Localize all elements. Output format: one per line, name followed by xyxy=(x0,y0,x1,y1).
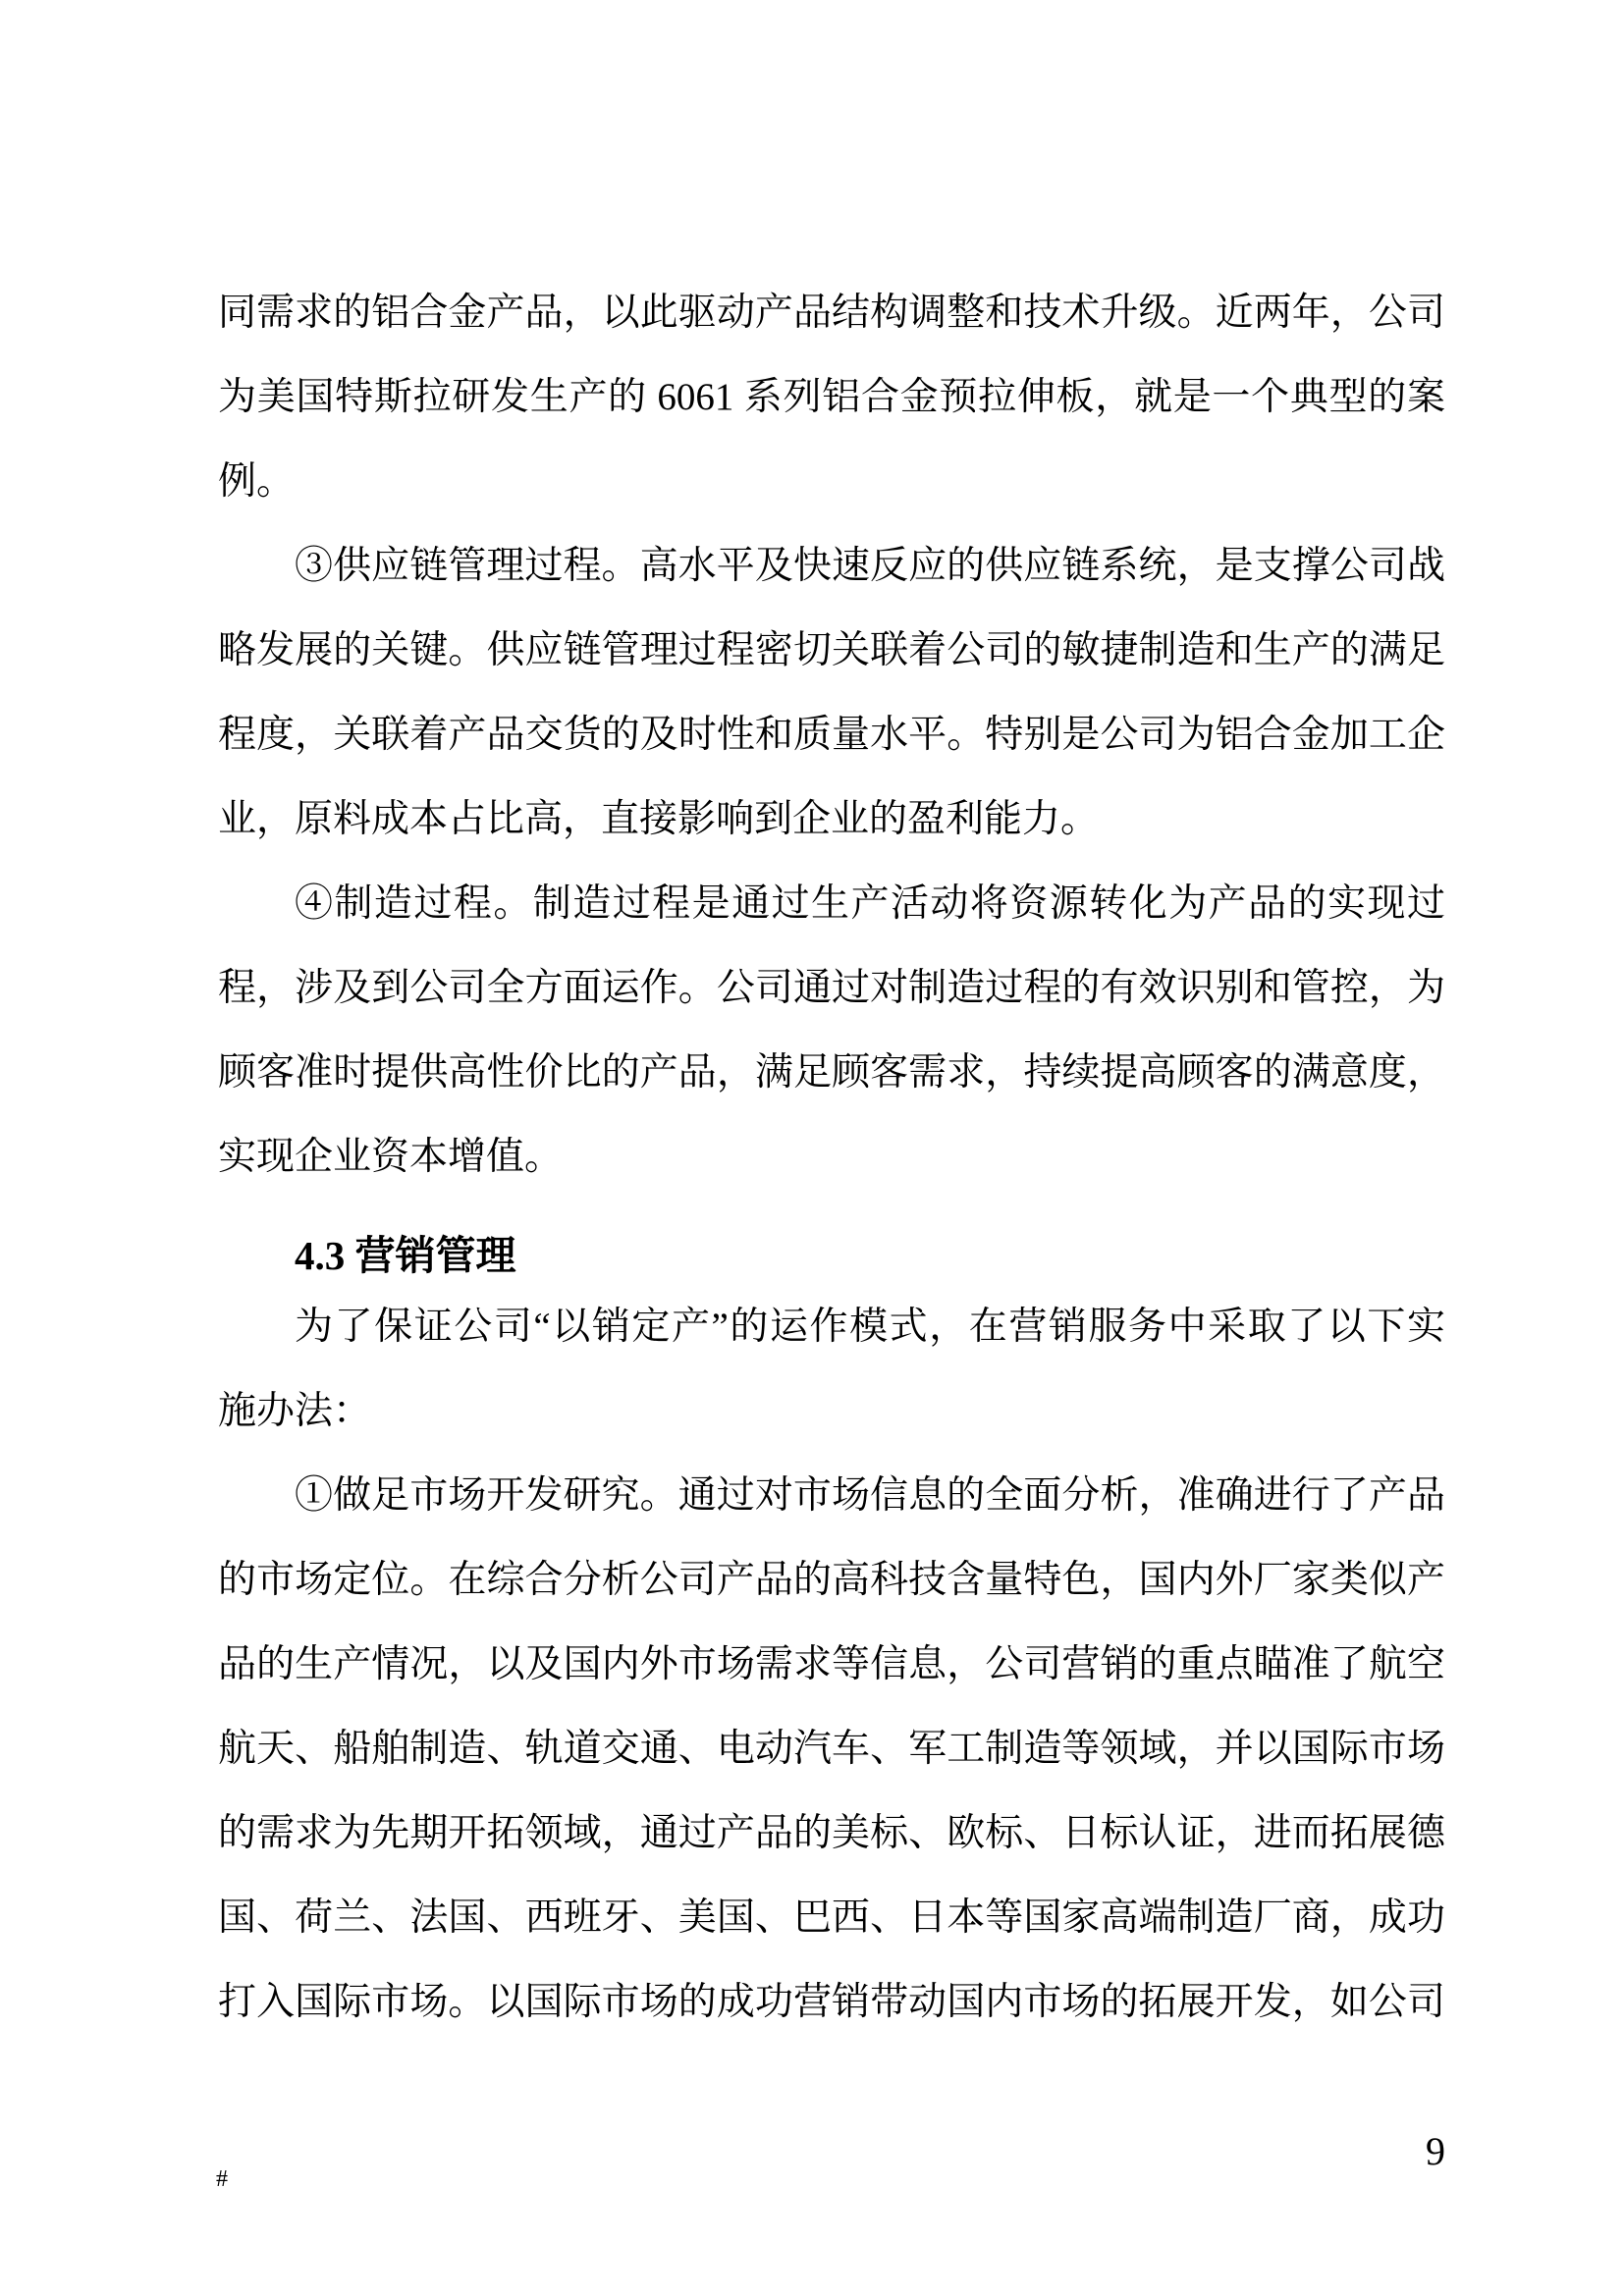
text-line: 程，涉及到公司全方面运作。公司通过对制造过程的有效识别和管控，为 xyxy=(218,946,1445,1031)
text-line: 国、荷兰、法国、西班牙、美国、巴西、日本等国家高端制造厂商，成功 xyxy=(218,1876,1445,1960)
text-line: 程度，关联着产品交货的及时性和质量水平。特别是公司为铝合金加工企 xyxy=(218,693,1445,777)
text-line: 实现企业资本增值。 xyxy=(218,1115,1445,1200)
text-line: 例。 xyxy=(218,440,1445,524)
page-number: 9 xyxy=(1426,2128,1445,2175)
text-line: 为了保证公司“以销定产”的运作模式，在营销服务中采取了以下实 xyxy=(218,1285,1445,1369)
text-line: 的需求为先期开拓领域，通过产品的美标、欧标、日标认证，进而拓展德 xyxy=(218,1791,1445,1876)
text-line: ①做足市场开发研究。通过对市场信息的全面分析，准确进行了产品 xyxy=(218,1454,1445,1538)
text-line: 业，原料成本占比高，直接影响到企业的盈利能力。 xyxy=(218,777,1445,862)
footnote-mark: # xyxy=(216,2165,228,2193)
text-line: 的市场定位。在综合分析公司产品的高科技含量特色，国内外厂家类似产 xyxy=(218,1538,1445,1623)
text-line: 航天、船舶制造、轨道交通、电动汽车、军工制造等领域，并以国际市场 xyxy=(218,1707,1445,1791)
text-line: 顾客准时提供高性价比的产品，满足顾客需求，持续提高顾客的满意度， xyxy=(218,1031,1445,1115)
text-line: 同需求的铝合金产品，以此驱动产品结构调整和技术升级。近两年，公司 xyxy=(218,271,1445,355)
text-line: 为美国特斯拉研发生产的 6061 系列铝合金预拉伸板，就是一个典型的案 xyxy=(218,355,1445,440)
document-page: 同需求的铝合金产品，以此驱动产品结构调整和技术升级。近两年，公司为美国特斯拉研发… xyxy=(0,0,1624,2296)
text-line: ④制造过程。制造过程是通过生产活动将资源转化为产品的实现过 xyxy=(218,862,1445,946)
text-line: ③供应链管理过程。高水平及快速反应的供应链系统，是支撑公司战 xyxy=(218,524,1445,609)
page-body: 同需求的铝合金产品，以此驱动产品结构调整和技术升级。近两年，公司为美国特斯拉研发… xyxy=(218,271,1445,2045)
text-line: 打入国际市场。以国际市场的成功营销带动国内市场的拓展开发，如公司 xyxy=(218,1960,1445,2045)
text-line: 施办法： xyxy=(218,1369,1445,1454)
text-line: 品的生产情况，以及国内外市场需求等信息，公司营销的重点瞄准了航空 xyxy=(218,1623,1445,1707)
text-line: 略发展的关键。供应链管理过程密切关联着公司的敏捷制造和生产的满足 xyxy=(218,609,1445,693)
